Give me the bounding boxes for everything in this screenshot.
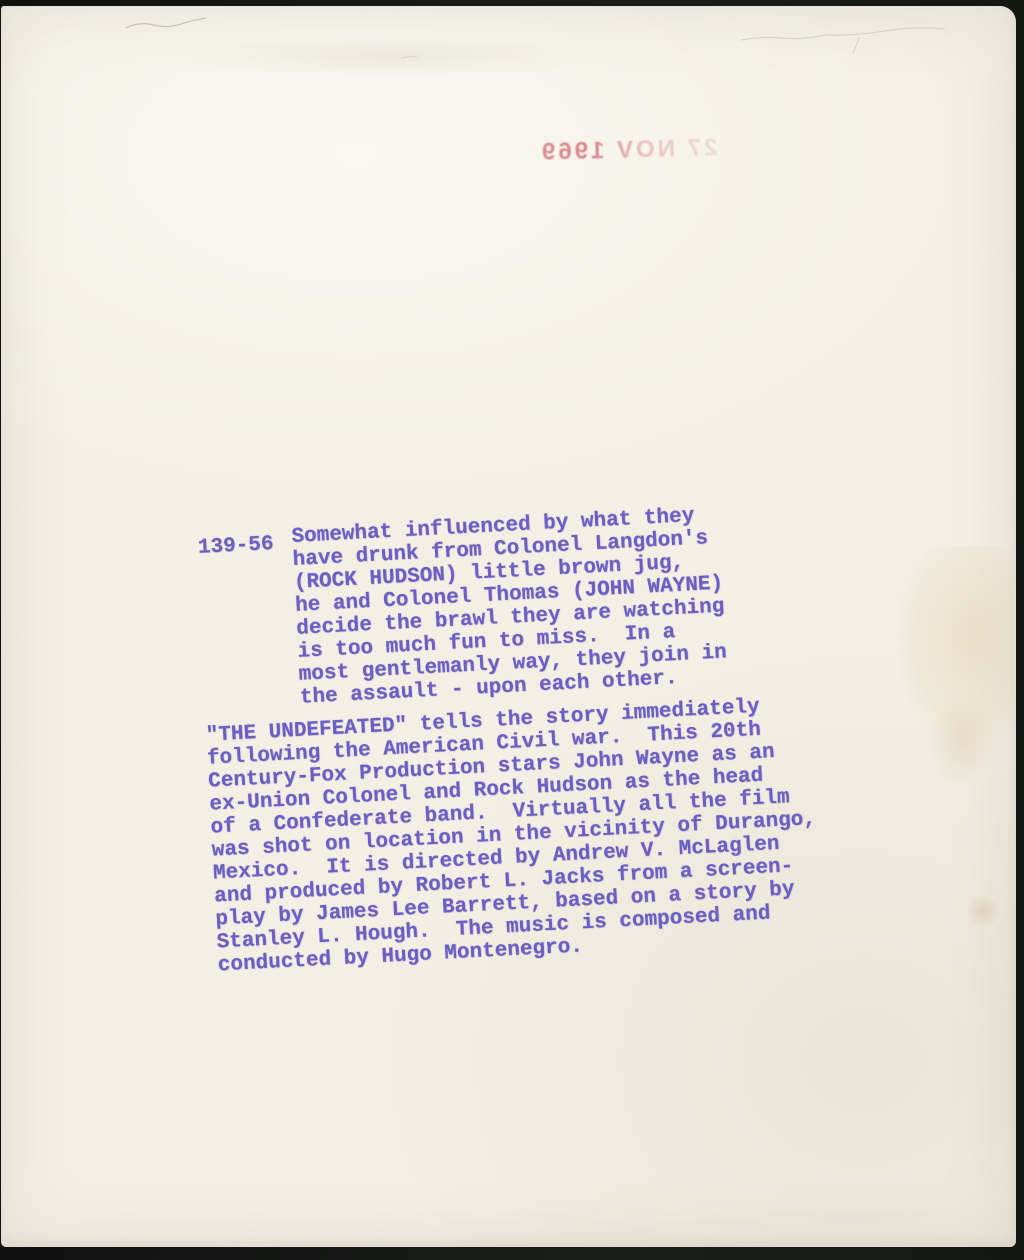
caption-paragraph: Somewhat influenced by what they have dr… — [291, 499, 809, 709]
synopsis-paragraph: "THE UNDEFEATED" tells the story immedia… — [205, 693, 822, 977]
photo-number: 139-56 — [197, 533, 274, 560]
paper-stain — [966, 894, 1000, 928]
paper-stain — [928, 696, 998, 786]
date-stamp: 27 NOV 1969 — [539, 133, 750, 166]
pencil-marks — [1, 6, 1011, 76]
paper-stain — [181, 36, 601, 76]
date-stamp-text: 27 NOV 1969 — [539, 134, 718, 167]
photo-back-paper: 27 NOV 1969 139-56 Somewhat influenced b… — [1, 6, 1016, 1247]
caption-row: 139-56 Somewhat influenced by what they … — [291, 499, 809, 709]
typed-text-block: 139-56 Somewhat influenced by what they … — [291, 499, 823, 972]
paper-stain — [894, 546, 1014, 746]
